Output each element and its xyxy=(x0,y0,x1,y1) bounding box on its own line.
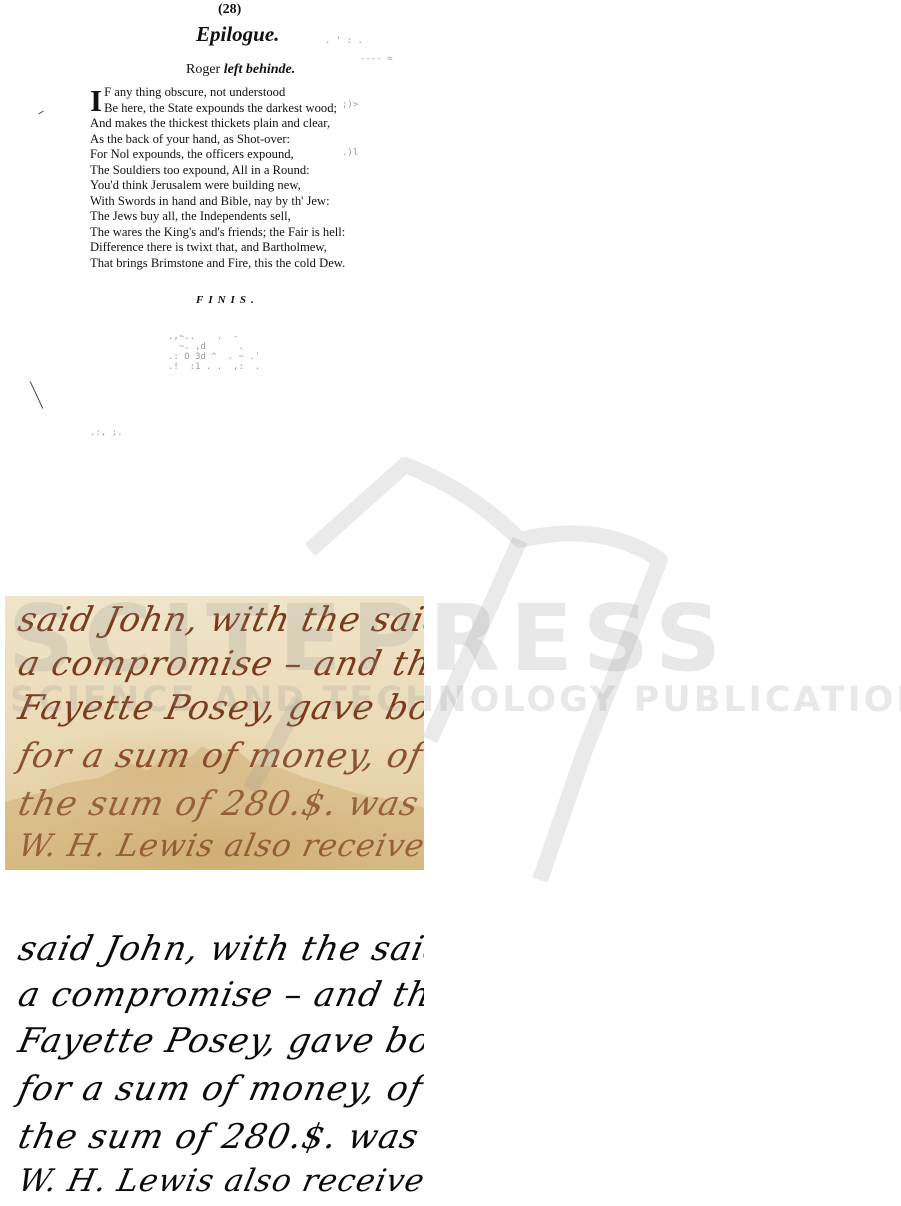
handwritten-line: the sum of 280.$. was xyxy=(15,1117,423,1157)
handwritten-line: Fayette Posey, gave bond xyxy=(15,1021,424,1061)
verse-block: I F any thing obscure, not understood Be… xyxy=(90,85,345,271)
verse-line: The Jews buy all, the Independents sell, xyxy=(90,209,345,225)
drop-cap: I xyxy=(90,87,102,115)
bleed-through-noise: .,~.. . - ~. ,d . .: O 3d ^ . ~ .' .! :1… xyxy=(168,332,260,372)
page-number: (28) xyxy=(218,2,241,18)
bleed-through-noise: .:, ;. xyxy=(90,428,123,438)
margin-noise: ---- = xyxy=(360,54,393,64)
scan-speck xyxy=(38,111,44,115)
verse-line: As the back of your hand, as Shot-over: xyxy=(90,132,345,148)
margin-noise: ;)> xyxy=(342,100,358,110)
verse-line: The wares the King's and's friends; the … xyxy=(90,225,345,241)
page-subtitle: Roger left behinde. xyxy=(186,62,295,78)
verse-line: The Souldiers too expound, All in a Roun… xyxy=(90,163,345,179)
manuscript-color-panel: said John, with the said a compromise – … xyxy=(5,596,424,870)
verse-line: Be here, the State expounds the darkest … xyxy=(90,101,345,117)
finis-mark: FINIS. xyxy=(196,294,259,306)
handwritten-line: Fayette Posey, gave bond xyxy=(15,688,424,728)
page-title: Epilogue. xyxy=(196,22,279,47)
handwritten-line: the sum of 280.$. was xyxy=(15,784,423,824)
scan-speck xyxy=(30,381,44,409)
handwritten-line: a compromise – and the xyxy=(15,644,424,684)
verse-line: You'd think Jerusalem were building new, xyxy=(90,178,345,194)
verse-line: With Swords in hand and Bible, nay by th… xyxy=(90,194,345,210)
manuscript-binarized-panel: said John, with the said a compromise – … xyxy=(5,925,424,1206)
verse-line: Difference there is twixt that, and Bart… xyxy=(90,240,345,256)
margin-noise: .)l xyxy=(342,148,358,158)
subtitle-plain: Roger xyxy=(186,62,224,77)
handwritten-line: W. H. Lewis also received of xyxy=(15,828,424,864)
verse-line: F any thing obscure, not understood xyxy=(90,85,345,101)
subtitle-italic: left behinde. xyxy=(224,62,296,77)
handwritten-line: a compromise – and the xyxy=(15,975,424,1015)
verse-line: And makes the thickest thickets plain an… xyxy=(90,116,345,132)
margin-noise: . ' : . xyxy=(325,36,363,46)
handwritten-line: said John, with the said xyxy=(15,600,424,640)
verse-line: That brings Brimstone and Fire, this the… xyxy=(90,256,345,272)
verse-line: For Nol expounds, the officers expound, xyxy=(90,147,345,163)
handwritten-line: W. H. Lewis also received of xyxy=(15,1163,424,1199)
printed-page-scan: (28) Epilogue. Roger left behinde. I F a… xyxy=(0,0,440,460)
handwritten-line: for a sum of money, of xyxy=(15,736,424,776)
handwritten-line: for a sum of money, of xyxy=(15,1069,424,1109)
handwritten-line: said John, with the said xyxy=(15,929,424,969)
